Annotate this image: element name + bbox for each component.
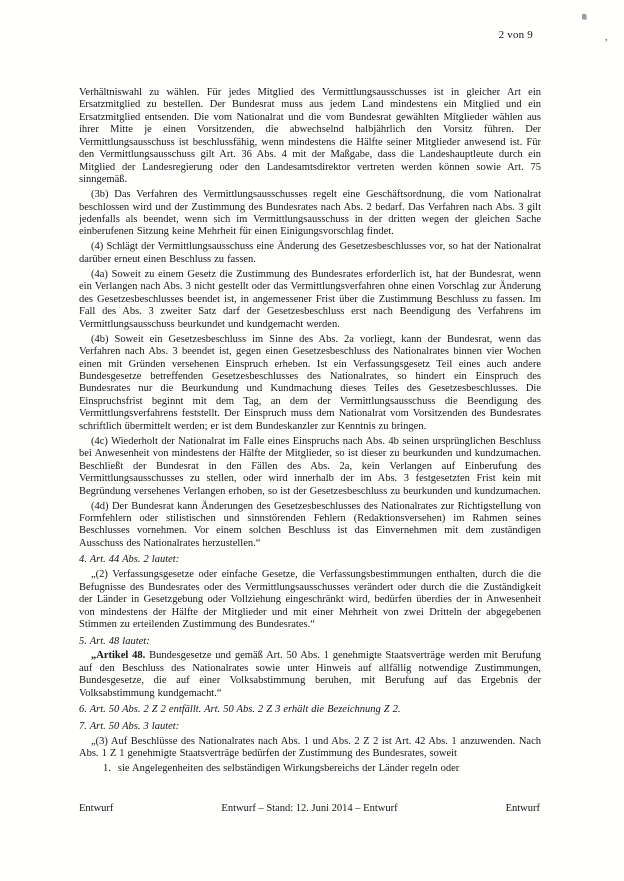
paragraph-intro-continuation: Verhältniswahl zu wählen. Für jedes Mitg…	[79, 87, 541, 187]
scan-speck-artifact	[582, 14, 586, 19]
heading-novelle-item-6: 6. Art. 50 Abs. 2 Z 2 entfällt. Art. 50 …	[79, 704, 541, 716]
paragraph-abs-4d: (4d) Der Bundesrat kann Änderungen des G…	[79, 501, 541, 551]
heading-novelle-item-5: 5. Art. 48 lautet:	[79, 636, 541, 648]
heading-novelle-item-7: 7. Art. 50 Abs. 3 lautet:	[79, 721, 541, 733]
paragraph-art-48: „Artikel 48. Bundesgesetze und gemäß Art…	[79, 650, 541, 700]
footer-entwurf-center: Entwurf – Stand: 12. Juni 2014 – Entwurf	[113, 803, 505, 814]
footer-entwurf-left: Entwurf	[79, 803, 113, 814]
art-48-body-text: Bundesgesetze und gemäß Art. 50 Abs. 1 g…	[79, 650, 541, 698]
list-item-text: sie Angelegenheiten des selbständigen Wi…	[118, 763, 459, 774]
document-page: 2 von 9 , Verhältniswahl zu wählen. Für …	[0, 0, 624, 881]
scan-comma-artifact: ,	[605, 31, 608, 43]
paragraph-abs-4b: (4b) Soweit ein Gesetzesbeschluss im Sin…	[79, 334, 541, 434]
page-number: 2 von 9	[499, 29, 533, 41]
paragraph-art-50-abs-3: „(3) Auf Beschlüsse des Nationalrates na…	[79, 736, 541, 761]
paragraph-abs-4a: (4a) Soweit zu einem Gesetz die Zustimmu…	[79, 269, 541, 331]
document-body: Verhältniswahl zu wählen. Für jedes Mitg…	[79, 87, 541, 778]
list-item-number: 1.	[103, 763, 111, 774]
list-item-z1: 1.sie Angelegenheiten des selbständigen …	[103, 763, 541, 775]
paragraph-art-44-abs-2: „(2) Verfassungsgesetze oder einfache Ge…	[79, 569, 541, 631]
paragraph-abs-4c: (4c) Wiederholt der Nationalrat im Falle…	[79, 436, 541, 498]
paragraph-abs-4: (4) Schlägt der Vermittlungsausschuss ei…	[79, 241, 541, 266]
footer-entwurf-right: Entwurf	[506, 803, 540, 814]
art-48-bold-lead: „Artikel 48.	[91, 650, 145, 661]
paragraph-abs-3b: (3b) Das Verfahren des Vermittlungsaussc…	[79, 189, 541, 239]
heading-novelle-item-4: 4. Art. 44 Abs. 2 lautet:	[79, 554, 541, 566]
page-footer: Entwurf Entwurf – Stand: 12. Juni 2014 –…	[79, 803, 540, 814]
